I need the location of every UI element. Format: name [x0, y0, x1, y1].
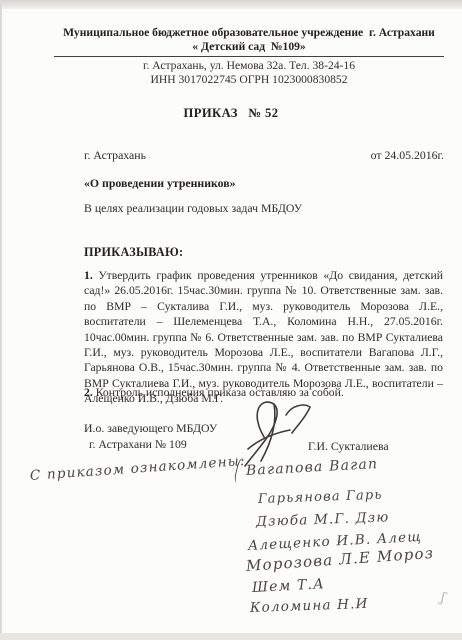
order-item-1-text: Утвердить график проведения утренников «… — [84, 269, 443, 405]
scanned-order-document: Муниципальное бюджетное образовательное … — [0, 0, 462, 640]
order-city: г. Астрахань — [84, 148, 146, 163]
order-item-2-number: 2. — [84, 386, 93, 399]
handwritten-signature-garyanova: Гарьянова Гарь — [258, 488, 383, 507]
order-date: от 24.05.2016г. — [371, 148, 444, 163]
signer-role-line2: г. Астрахани № 109 — [84, 437, 217, 453]
order-subject: «О проведении утренников» — [84, 176, 236, 191]
organization-inn-ogrn: ИНН 3017022745 ОГРН 1023000830852 — [50, 73, 448, 87]
scan-edge-bottom — [0, 633, 462, 640]
city-date-row: г. Астрахань от 24.05.2016г. — [84, 148, 444, 163]
organization-name-line1: Муниципальное бюджетное образовательное … — [50, 26, 448, 40]
organization-name-line2: « Детский сад №109» — [50, 40, 448, 54]
signer-name: Г.И. Сукталиева — [308, 439, 389, 454]
pencil-mark: ʃ — [438, 590, 447, 606]
scan-edge-top — [0, 0, 462, 9]
handwritten-signature-kolomina: Коломина Н.И — [250, 596, 369, 616]
order-title: ПРИКАЗ № 52 — [0, 106, 462, 121]
scan-edge-left — [0, 0, 2, 640]
signer-role: И.о. заведующего МБДОУ г. Астрахани № 10… — [84, 421, 217, 452]
order-item-1-number: 1. — [84, 269, 93, 282]
signer-role-line1: И.о. заведующего МБДОУ — [84, 421, 217, 437]
handwritten-signature-dzyuba: Дзюба М.Г. Дзю — [256, 509, 390, 530]
letterhead: Муниципальное бюджетное образовательное … — [50, 26, 448, 87]
handwritten-signature-shelementseva: Шем Т.А — [252, 576, 326, 596]
letterhead-divider — [54, 56, 444, 57]
handwritten-acknowledgement: С приказом ознакомлены: — [29, 453, 246, 484]
organization-address: г. Астрахань, ул. Немова 32а. Тел. 38-24… — [50, 59, 448, 73]
order-purpose: В целях реализации годовых задач МБДОУ — [84, 201, 302, 216]
decree-heading: ПРИКАЗЫВАЮ: — [84, 245, 183, 260]
